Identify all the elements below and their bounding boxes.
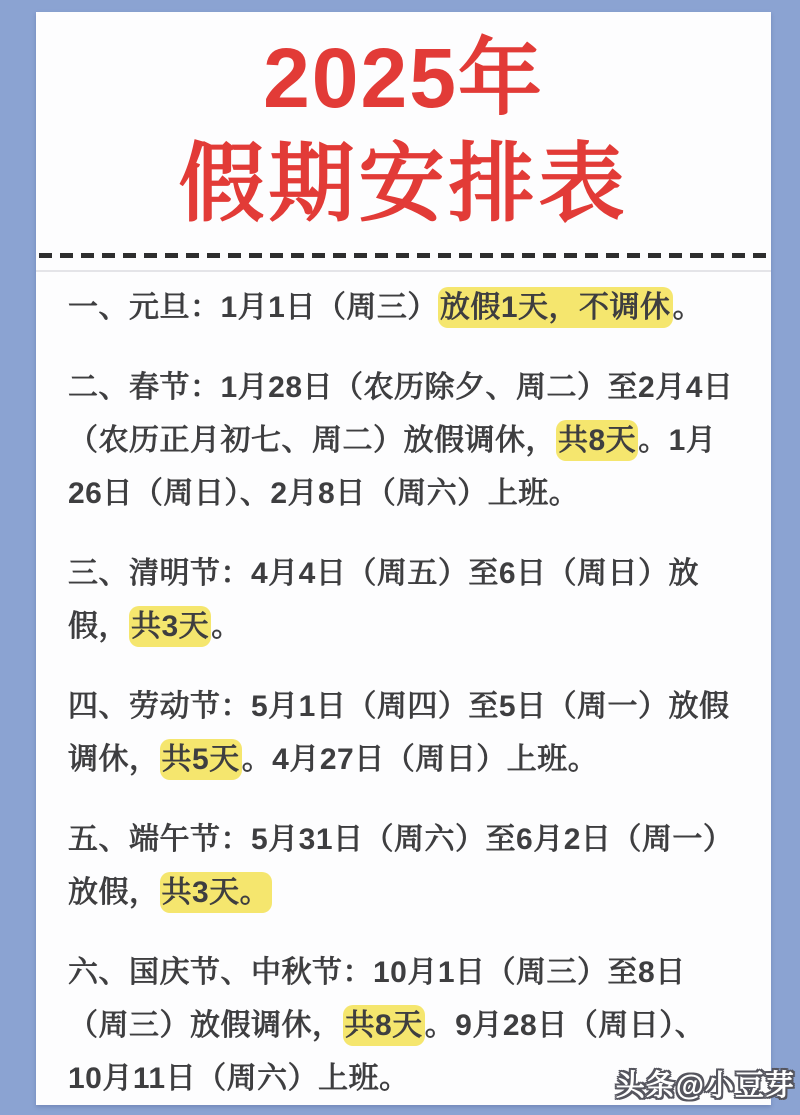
holiday-item: 二、春节：1月28日（农历除夕、周二）至2月4日（农历正月初七、周二）放假调休，… [68, 361, 749, 520]
title-block: 2025年 假期安排表 [36, 12, 771, 253]
plain-text: 10月11日（周六）上班。 [68, 1062, 410, 1095]
holiday-line: 26日（周日）、2月8日（周六）上班。 [68, 467, 749, 520]
holiday-list: 一、元旦：1月1日（周三）放假1天，不调休。二、春节：1月28日（农历除夕、周二… [36, 270, 771, 1105]
plain-text: （农历正月初七、周二）放假调休， [68, 424, 556, 457]
watermark: 头条@小豆芽 [616, 1063, 795, 1104]
plain-text: 六、国庆节、中秋节：10月1日（周三）至8日 [68, 956, 686, 989]
plain-text: 二、春节：1月28日（农历除夕、周二）至2月4日 [68, 371, 733, 404]
holiday-line: 放假，共3天。 [68, 866, 749, 919]
plain-text: 一、元旦：1月1日（周三） [68, 291, 438, 324]
highlighted-text: 共8天 [556, 420, 638, 461]
plain-text: 五、端午节：5月31日（周六）至6月2日（周一） [68, 823, 733, 856]
holiday-item: 五、端午节：5月31日（周六）至6月2日（周一）放假，共3天。 [68, 813, 749, 919]
highlighted-text: 共8天 [343, 1005, 425, 1046]
page-background: { "colors": { "page_bg": "#8BA3D2", "car… [0, 0, 800, 1115]
plain-text: 。 [211, 610, 242, 643]
dashed-divider [39, 253, 768, 258]
holiday-line: （农历正月初七、周二）放假调休，共8天。1月 [68, 414, 749, 467]
holiday-line: 假，共3天。 [68, 600, 749, 653]
page-title-year: 2025年 [36, 28, 771, 128]
highlighted-text: 共3天 [129, 606, 211, 647]
plain-text: 。 [673, 291, 704, 324]
plain-text: 四、劳动节：5月1日（周四）至5日（周一）放假 [68, 690, 730, 723]
plain-text: 26日（周日）、2月8日（周六）上班。 [68, 477, 579, 510]
holiday-line: 六、国庆节、中秋节：10月1日（周三）至8日 [68, 946, 749, 999]
plain-text: 。4月27日（周日）上班。 [242, 743, 599, 776]
holiday-line: 三、清明节：4月4日（周五）至6日（周日）放 [68, 547, 749, 600]
highlighted-text: 放假1天，不调休 [438, 287, 673, 328]
holiday-line: 调休，共5天。4月27日（周日）上班。 [68, 733, 749, 786]
holiday-item: 三、清明节：4月4日（周五）至6日（周日）放假，共3天。 [68, 547, 749, 653]
plain-text: 假， [68, 610, 129, 643]
highlighted-text: 共5天 [160, 739, 242, 780]
plain-text: 调休， [68, 743, 160, 776]
holiday-line: 五、端午节：5月31日（周六）至6月2日（周一） [68, 813, 749, 866]
holiday-item: 四、劳动节：5月1日（周四）至5日（周一）放假调休，共5天。4月27日（周日）上… [68, 680, 749, 786]
holiday-card: 2025年 假期安排表 一、元旦：1月1日（周三）放假1天，不调休。二、春节：1… [36, 12, 771, 1105]
page-title-subtitle: 假期安排表 [36, 128, 771, 240]
plain-text: 。9月28日（周日）、 [425, 1009, 706, 1042]
plain-text: 。1月 [638, 424, 716, 457]
highlighted-text: 共3天。 [160, 872, 273, 913]
holiday-line: 四、劳动节：5月1日（周四）至5日（周一）放假 [68, 680, 749, 733]
plain-text: 放假， [68, 876, 160, 909]
holiday-item: 一、元旦：1月1日（周三）放假1天，不调休。 [68, 281, 749, 334]
plain-text: （周三）放假调休， [68, 1009, 343, 1042]
holiday-line: （周三）放假调休，共8天。9月28日（周日）、 [68, 999, 749, 1052]
holiday-line: 一、元旦：1月1日（周三）放假1天，不调休。 [68, 281, 749, 334]
holiday-line: 二、春节：1月28日（农历除夕、周二）至2月4日 [68, 361, 749, 414]
plain-text: 三、清明节：4月4日（周五）至6日（周日）放 [68, 557, 699, 590]
